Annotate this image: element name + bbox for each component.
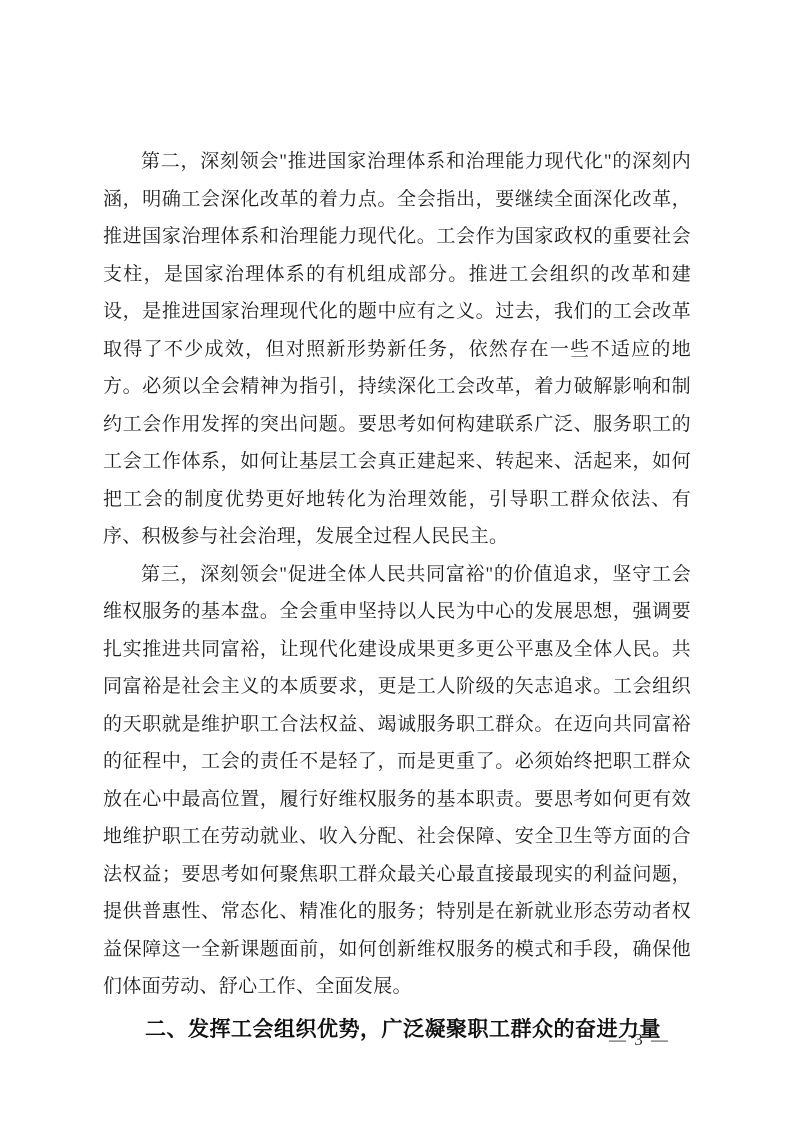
document-content: 第二，深刻领会"推进国家治理体系和治理能力现代化"的深刻内涵，明确工会深化改革的… [103, 143, 691, 1050]
page-number: — 3 — [609, 1030, 670, 1050]
section-heading: 二、发挥工会组织优势，广泛凝聚职工群众的奋进力量 [103, 1010, 691, 1050]
body-paragraph-1: 第二，深刻领会"推进国家治理体系和治理能力现代化"的深刻内涵，明确工会深化改革的… [103, 143, 691, 556]
body-paragraph-2: 第三，深刻领会"促进全体人民共同富裕"的价值追求，坚守工会维权服务的基本盘。全会… [103, 556, 691, 1006]
document-page: 第二，深刻领会"推进国家治理体系和治理能力现代化"的深刻内涵，明确工会深化改革的… [0, 0, 793, 1122]
